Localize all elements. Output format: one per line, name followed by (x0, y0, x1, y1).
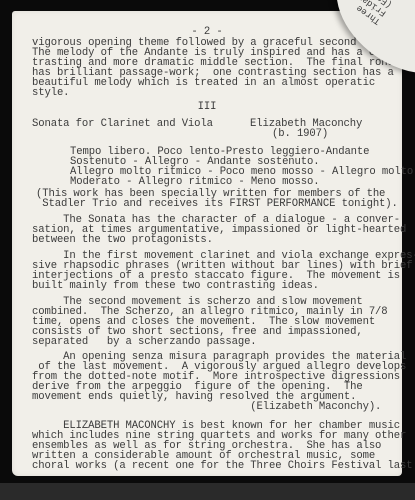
curled-corner-text: Three Friday (Formal in of (346, 0, 406, 26)
text-line: separated by a scherzando passage. (32, 337, 257, 347)
text-line: beautiful melody which is treated in an … (32, 78, 375, 88)
background-surface (0, 483, 415, 500)
composer-dates: (b. 1907) (272, 129, 328, 139)
text-line: between the two protagonists. (32, 235, 213, 245)
photo-scene: - 2 - vigorous opening theme followed by… (0, 0, 415, 500)
text-line: Stadler Trio and receives its FIRST PERF… (36, 199, 398, 209)
text-line: style. (32, 88, 69, 98)
page-number: - 2 - (12, 27, 402, 37)
text-line: choral works (a recent one for the Three… (32, 461, 412, 471)
signature-line: (Elizabeth Maconchy). (32, 402, 381, 412)
section-numeral: III (12, 102, 402, 112)
work-title: Sonata for Clarinet and Viola (32, 119, 213, 129)
typed-page: - 2 - vigorous opening theme followed by… (12, 11, 402, 476)
movement-line: Moderato - Allegro ritmico - Meno mosso. (70, 177, 320, 187)
text-line: built mainly from these two contrasting … (32, 281, 319, 291)
